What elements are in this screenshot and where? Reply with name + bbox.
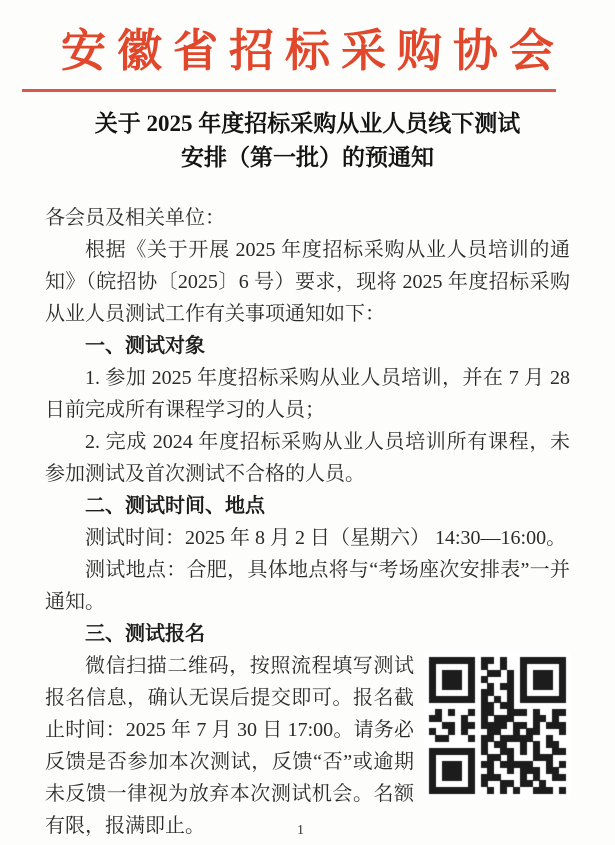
section-1-paragraph-1: 1. 参加 2025 年度招标采购从业人员培训，并在 7 月 28 日前完成所有… [45,362,570,426]
section-1-heading: 一、测试对象 [45,330,570,362]
document-body: 各会员及相关单位： 根据《关于开展 2025 年度招标采购从业人员培训的通知》（… [45,202,570,842]
section-1-paragraph-2: 2. 完成 2024 年度招标采购从业人员培训所有课程，未参加测试及首次测试不合… [45,426,570,490]
section-2-paragraph-2: 测试地点：合肥，具体地点将与“考场座次安排表”一并通知。 [45,554,570,618]
document-title-line2: 安排（第一批）的预通知 [0,141,615,175]
document-title-line1: 关于 2025 年度招标采购从业人员线下测试 [0,107,615,141]
salutation: 各会员及相关单位： [45,202,570,234]
notice-document-page: 安徽省招标采购协会 关于 2025 年度招标采购从业人员线下测试 安排（第一批）… [0,0,615,845]
qr-code-image [424,652,570,798]
page-number: 1 [0,823,601,839]
intro-paragraph: 根据《关于开展 2025 年度招标采购从业人员培训的通知》（皖招协〔2025〕6… [45,234,570,330]
document-title: 关于 2025 年度招标采购从业人员线下测试 安排（第一批）的预通知 [0,107,615,175]
section-2-heading: 二、测试时间、地点 [45,490,570,522]
qr-code [424,652,570,798]
section-3-heading: 三、测试报名 [45,618,570,650]
masthead-divider-rule [22,89,556,92]
organization-masthead: 安徽省招标采购协会 [0,24,615,78]
section-2-paragraph-1: 测试时间：2025 年 8 月 2 日（星期六） 14:30—16:00。 [45,522,570,554]
